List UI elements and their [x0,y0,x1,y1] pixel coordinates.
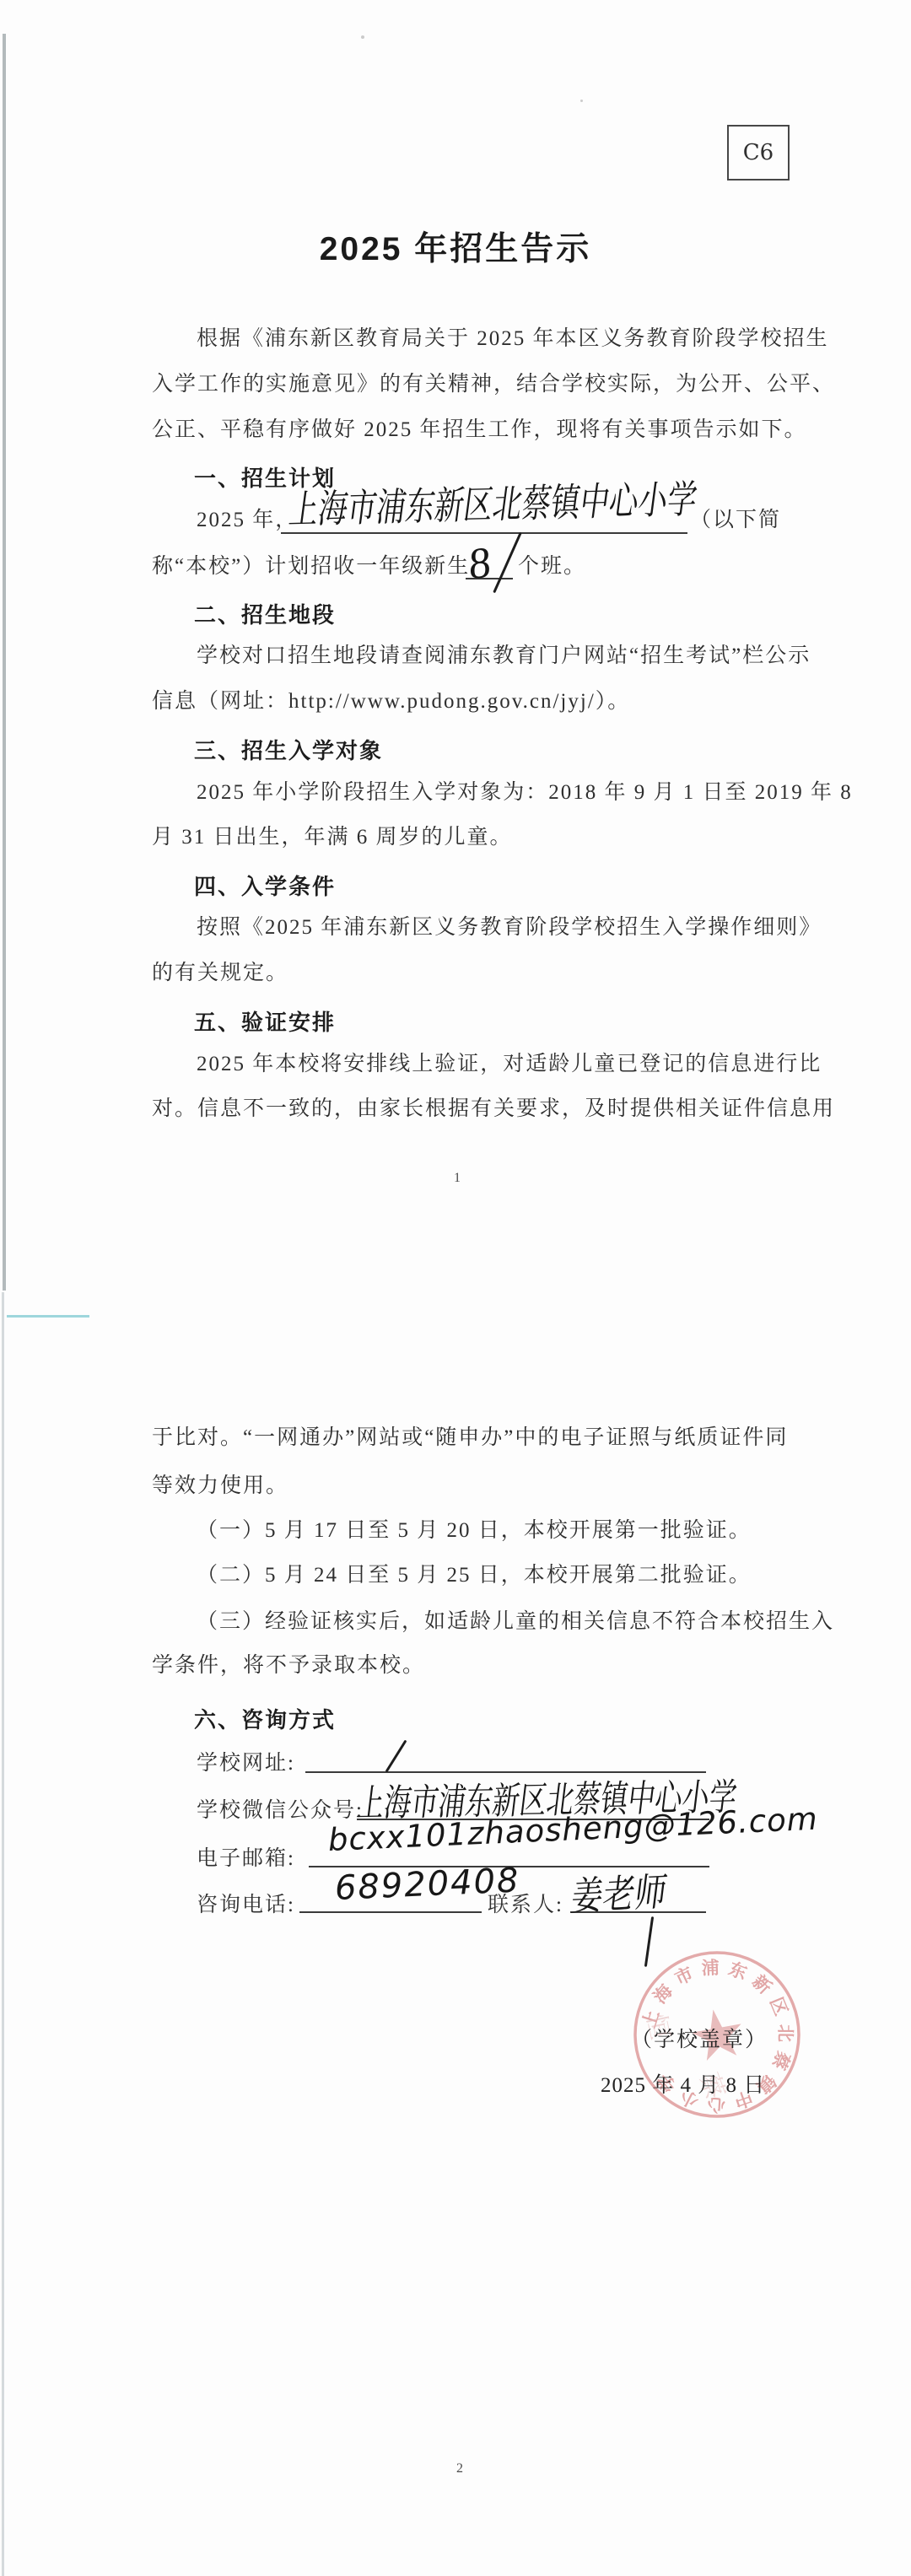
document-code-box: C6 [727,125,790,181]
scanned-document: C6 2025 年招生告示 根据《浦东新区教育局关于 2025 年本区义务教育阶… [0,0,911,2576]
intro-line-3: 公正、平稳有序做好 2025 年招生工作，现将有关事项告示如下。 [152,417,807,444]
intro-line-1: 根据《浦东新区教育局关于 2025 年本区义务教育阶段学校招生 [197,326,829,353]
section-5-para2-line1: 于比对。“一网通办”网站或“随申办”中的电子证照与纸质证件同 [152,1425,788,1452]
section-3-heading: 三、招生入学对象 [194,734,383,765]
handwritten-class-count: 8 [469,537,491,590]
section-2-line1: 学校对口招生地段请查阅浦东教育门户网站“招生考试”栏公示 [197,643,811,670]
website-label: 学校网址: [197,1746,295,1776]
section-1-line1-suffix: （以下简 [690,507,781,534]
section-2-line2: 信息（网址：http://www.pudong.gov.cn/jyj/）。 [152,688,630,715]
section-1-line2-part1: 称“本校”）计划招收一年级新生 [152,553,470,580]
section-1-line1-prefix: 2025 年， [197,507,298,534]
section-5-item3-line2: 学条件，将不予录取本校。 [152,1652,425,1679]
section-5-item2: （二）5 月 24 日至 5 月 25 日，本校开展第二批验证。 [197,1562,752,1589]
wechat-label: 学校微信公众号: [197,1793,364,1824]
page-seam-line [7,1315,89,1318]
phone-label: 咨询电话: [197,1888,295,1918]
page-1-number: 1 [454,1171,461,1186]
stamp-instruction-text: （学校盖章） [628,2023,771,2053]
section-5-para1-line1: 2025 年本校将安排线上验证，对适龄儿童已登记的信息进行比 [197,1051,822,1078]
scan-edge-line-bottom [2,1292,4,2576]
handwritten-contact-name: 姜老师 [569,1861,671,1921]
section-5-item3-line1: （三）经验证核实后，如适龄儿童的相关信息不符合本校招生入 [197,1609,834,1636]
section-5-para2-line2: 等效力使用。 [152,1473,288,1500]
email-label: 电子邮箱: [197,1841,295,1872]
intro-line-2: 入学工作的实施意见》的有关精神，结合学校实际，为公开、公平、 [152,371,835,398]
section-1-line2-part2: 个班。 [518,553,586,580]
contact-person-label: 联系人: [488,1888,563,1918]
section-5-heading: 五、验证安排 [194,1005,336,1037]
section-3-line1: 2025 年小学阶段招生入学对象为：2018 年 9 月 1 日至 2019 年… [197,779,853,806]
handwritten-school-name: 上海市浦东新区北蔡镇中心小学 [286,468,701,535]
phone-blank-underline [299,1911,482,1913]
section-4-heading: 四、入学条件 [194,870,336,901]
handwritten-slash [385,1740,407,1773]
section-6-heading: 六、咨询方式 [194,1703,336,1734]
scan-speck [361,35,364,39]
section-4-line1: 按照《2025 年浦东新区义务教育阶段学校招生入学操作细则》 [197,914,822,941]
page-title: 2025 年招生告示 [0,223,911,270]
document-code: C6 [743,140,774,165]
scan-speck [580,100,583,102]
section-3-line2: 月 31 日出生，年满 6 周岁的儿童。 [152,824,513,851]
section-5-para1-line2: 对。信息不一致的，由家长根据有关要求，及时提供相关证件信息用 [152,1096,835,1123]
section-5-item1: （一）5 月 17 日至 5 月 20 日，本校开展第一批验证。 [197,1517,752,1544]
section-4-line2: 的有关规定。 [152,960,288,987]
section-2-heading: 二、招生地段 [194,598,336,629]
document-date: 2025 年 4 月 8 日 [601,2068,765,2099]
page-2-number: 2 [456,2461,463,2476]
